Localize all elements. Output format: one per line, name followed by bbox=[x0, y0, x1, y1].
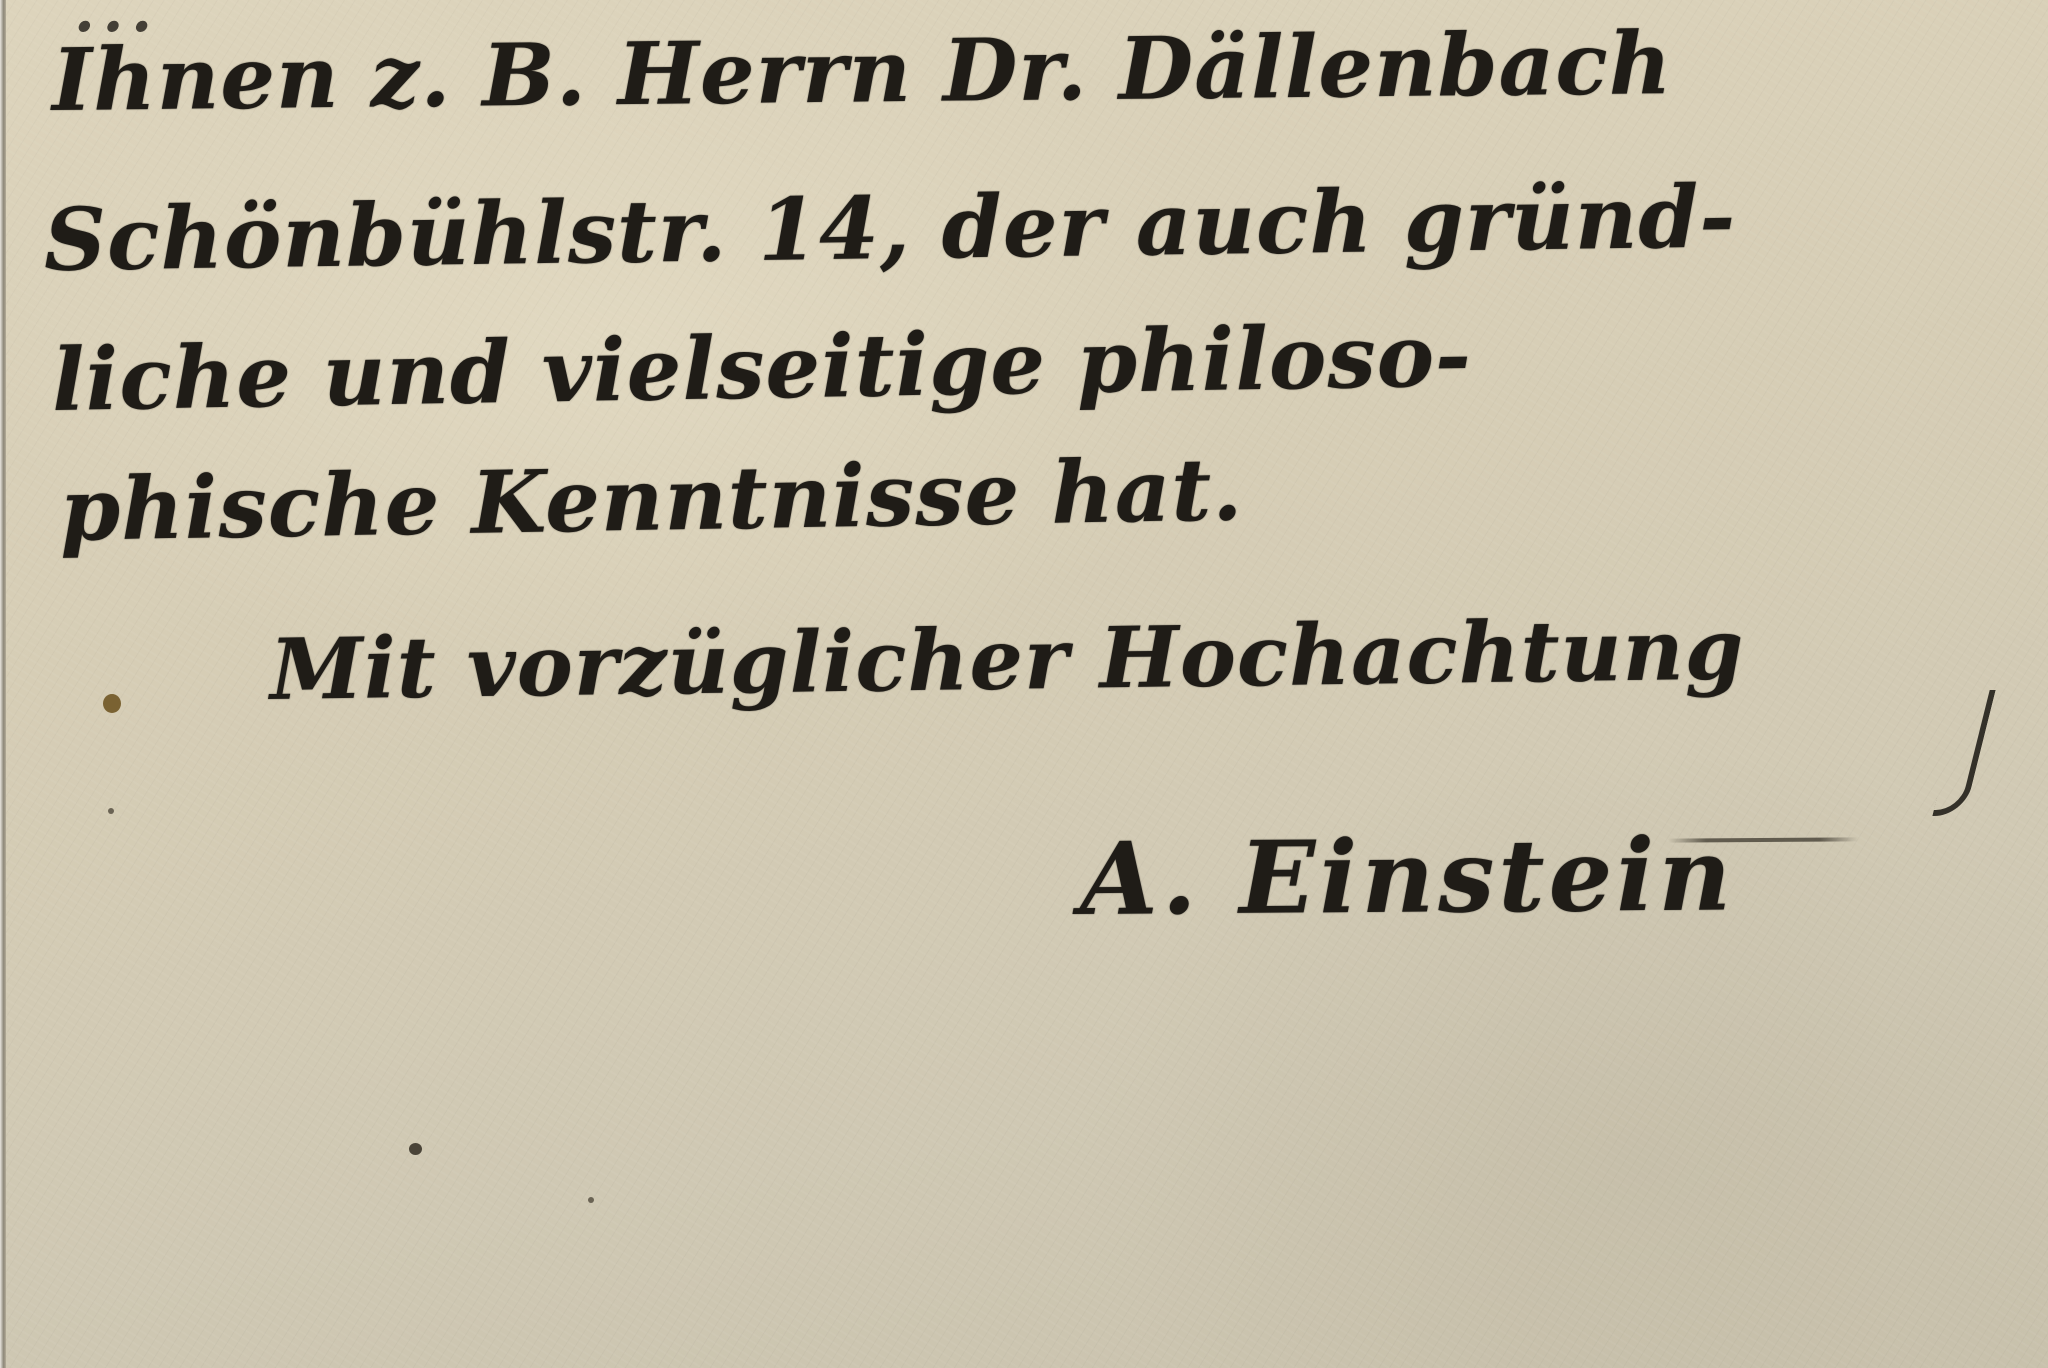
letter-photo: … Ihnen z. B. Herrn Dr. Dällenbach Schön… bbox=[0, 0, 2048, 1368]
letter-line-4: phische Kenntnisse hat. bbox=[59, 439, 1244, 561]
ink-spot-1 bbox=[103, 694, 121, 713]
ink-spot-3 bbox=[108, 808, 114, 814]
paper-left-edge bbox=[0, 0, 6, 1368]
letter-line-1: Ihnen z. B. Herrn Dr. Dällenbach bbox=[51, 9, 2012, 131]
letter-line-2: Schönbühlstr. 14, der auch gründ- bbox=[43, 166, 1736, 291]
ink-spot-4 bbox=[588, 1197, 594, 1203]
letter-line-3: liche und vielseitige philoso- bbox=[51, 305, 1472, 431]
signature: A. Einstein bbox=[1080, 815, 1736, 938]
letter-closing: Mit vorzüglicher Hochachtung bbox=[269, 599, 1745, 719]
ink-spot-2 bbox=[409, 1143, 422, 1155]
closing-flourish bbox=[1932, 690, 1995, 816]
